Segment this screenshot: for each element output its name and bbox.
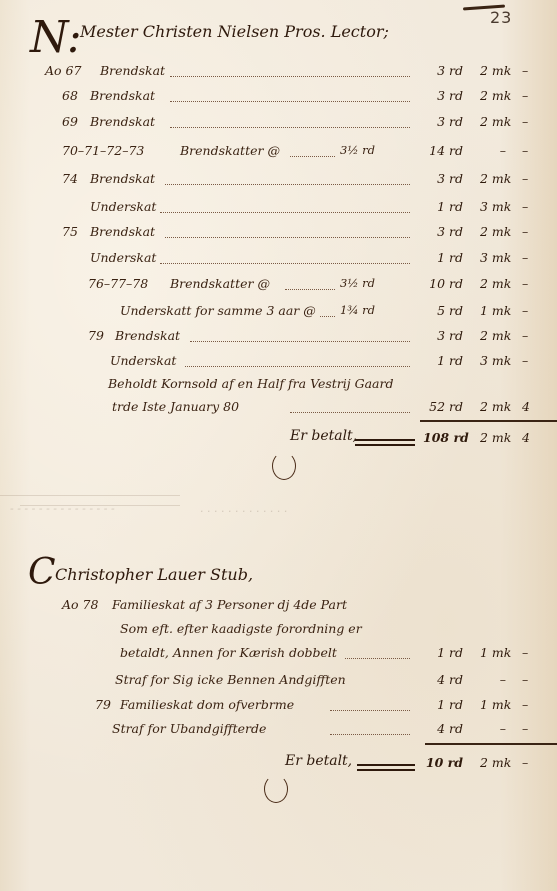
ledger-row: 69 Brendskat 3 rd 2 mk – bbox=[0, 114, 557, 136]
bleed-through-text: . . . . . . . . . . . . . bbox=[200, 502, 287, 515]
initial-flourish: N: bbox=[30, 16, 82, 60]
ledger-row: 75 Brendskat 3 rd 2 mk – bbox=[0, 224, 557, 246]
bleed-through-line bbox=[0, 495, 180, 496]
bleed-through-text: - - - - - - - - - - - - - - - bbox=[10, 502, 115, 515]
initial-flourish: C bbox=[28, 555, 56, 591]
ledger-row: Underskatt for samme 3 aar @ 1¾ rd 5 rd … bbox=[0, 303, 557, 325]
ledger-row: betaldt, Annen for Kærish dobbelt 1 rd 1… bbox=[0, 645, 557, 667]
page-number: 23 bbox=[490, 8, 512, 27]
ledger-row: Beholdt Kornsold af en Half fra Vestrij … bbox=[0, 376, 557, 398]
account-1-title: Mester Christen Nielsen Pros. Lector; bbox=[80, 22, 389, 41]
sum-rule bbox=[425, 743, 557, 745]
ledger-row: Straf for Sig icke Bennen Andgifften 4 r… bbox=[0, 672, 557, 694]
ledger-row: trde Iste January 80 52 rd 2 mk 4 bbox=[0, 399, 557, 421]
account-2-title: Christopher Lauer Stub, bbox=[55, 565, 253, 584]
ledger-row: 76–77–78 Brendskatter @ 3½ rd 10 rd 2 mk… bbox=[0, 276, 557, 298]
ledger-row: Underskat 1 rd 3 mk – bbox=[0, 353, 557, 375]
flourish-loop bbox=[272, 452, 296, 480]
ledger-row: Ao 67 Brendskat 3 rd 2 mk – bbox=[0, 63, 557, 85]
ledger-row: 68 Brendskat 3 rd 2 mk – bbox=[0, 88, 557, 110]
ledger-row: Underskat 1 rd 3 mk – bbox=[0, 199, 557, 221]
ledger-row: 74 Brendskat 3 rd 2 mk – bbox=[0, 171, 557, 193]
ledger-row: 79 Brendskat 3 rd 2 mk – bbox=[0, 328, 557, 350]
ledger-row: 70–71–72–73 Brendskatter @ 3½ rd 14 rd –… bbox=[0, 143, 557, 165]
ledger-row: Ao 78 Familieskat af 3 Personer dj 4de P… bbox=[0, 597, 557, 619]
ledger-row: Straf for Ubandgiffterde 4 rd – – bbox=[0, 721, 557, 743]
ledger-row: Som eft. efter kaadigste forordning er bbox=[0, 621, 557, 643]
sum-rule bbox=[420, 420, 557, 422]
ledger-row: Underskat 1 rd 3 mk – bbox=[0, 250, 557, 272]
flourish-loop bbox=[264, 775, 288, 803]
ledger-row: 79 Familieskat dom ofverbrme 1 rd 1 mk – bbox=[0, 697, 557, 719]
ledger-page: - - - - - - - - - - - - - - - . . . . . … bbox=[0, 0, 557, 891]
